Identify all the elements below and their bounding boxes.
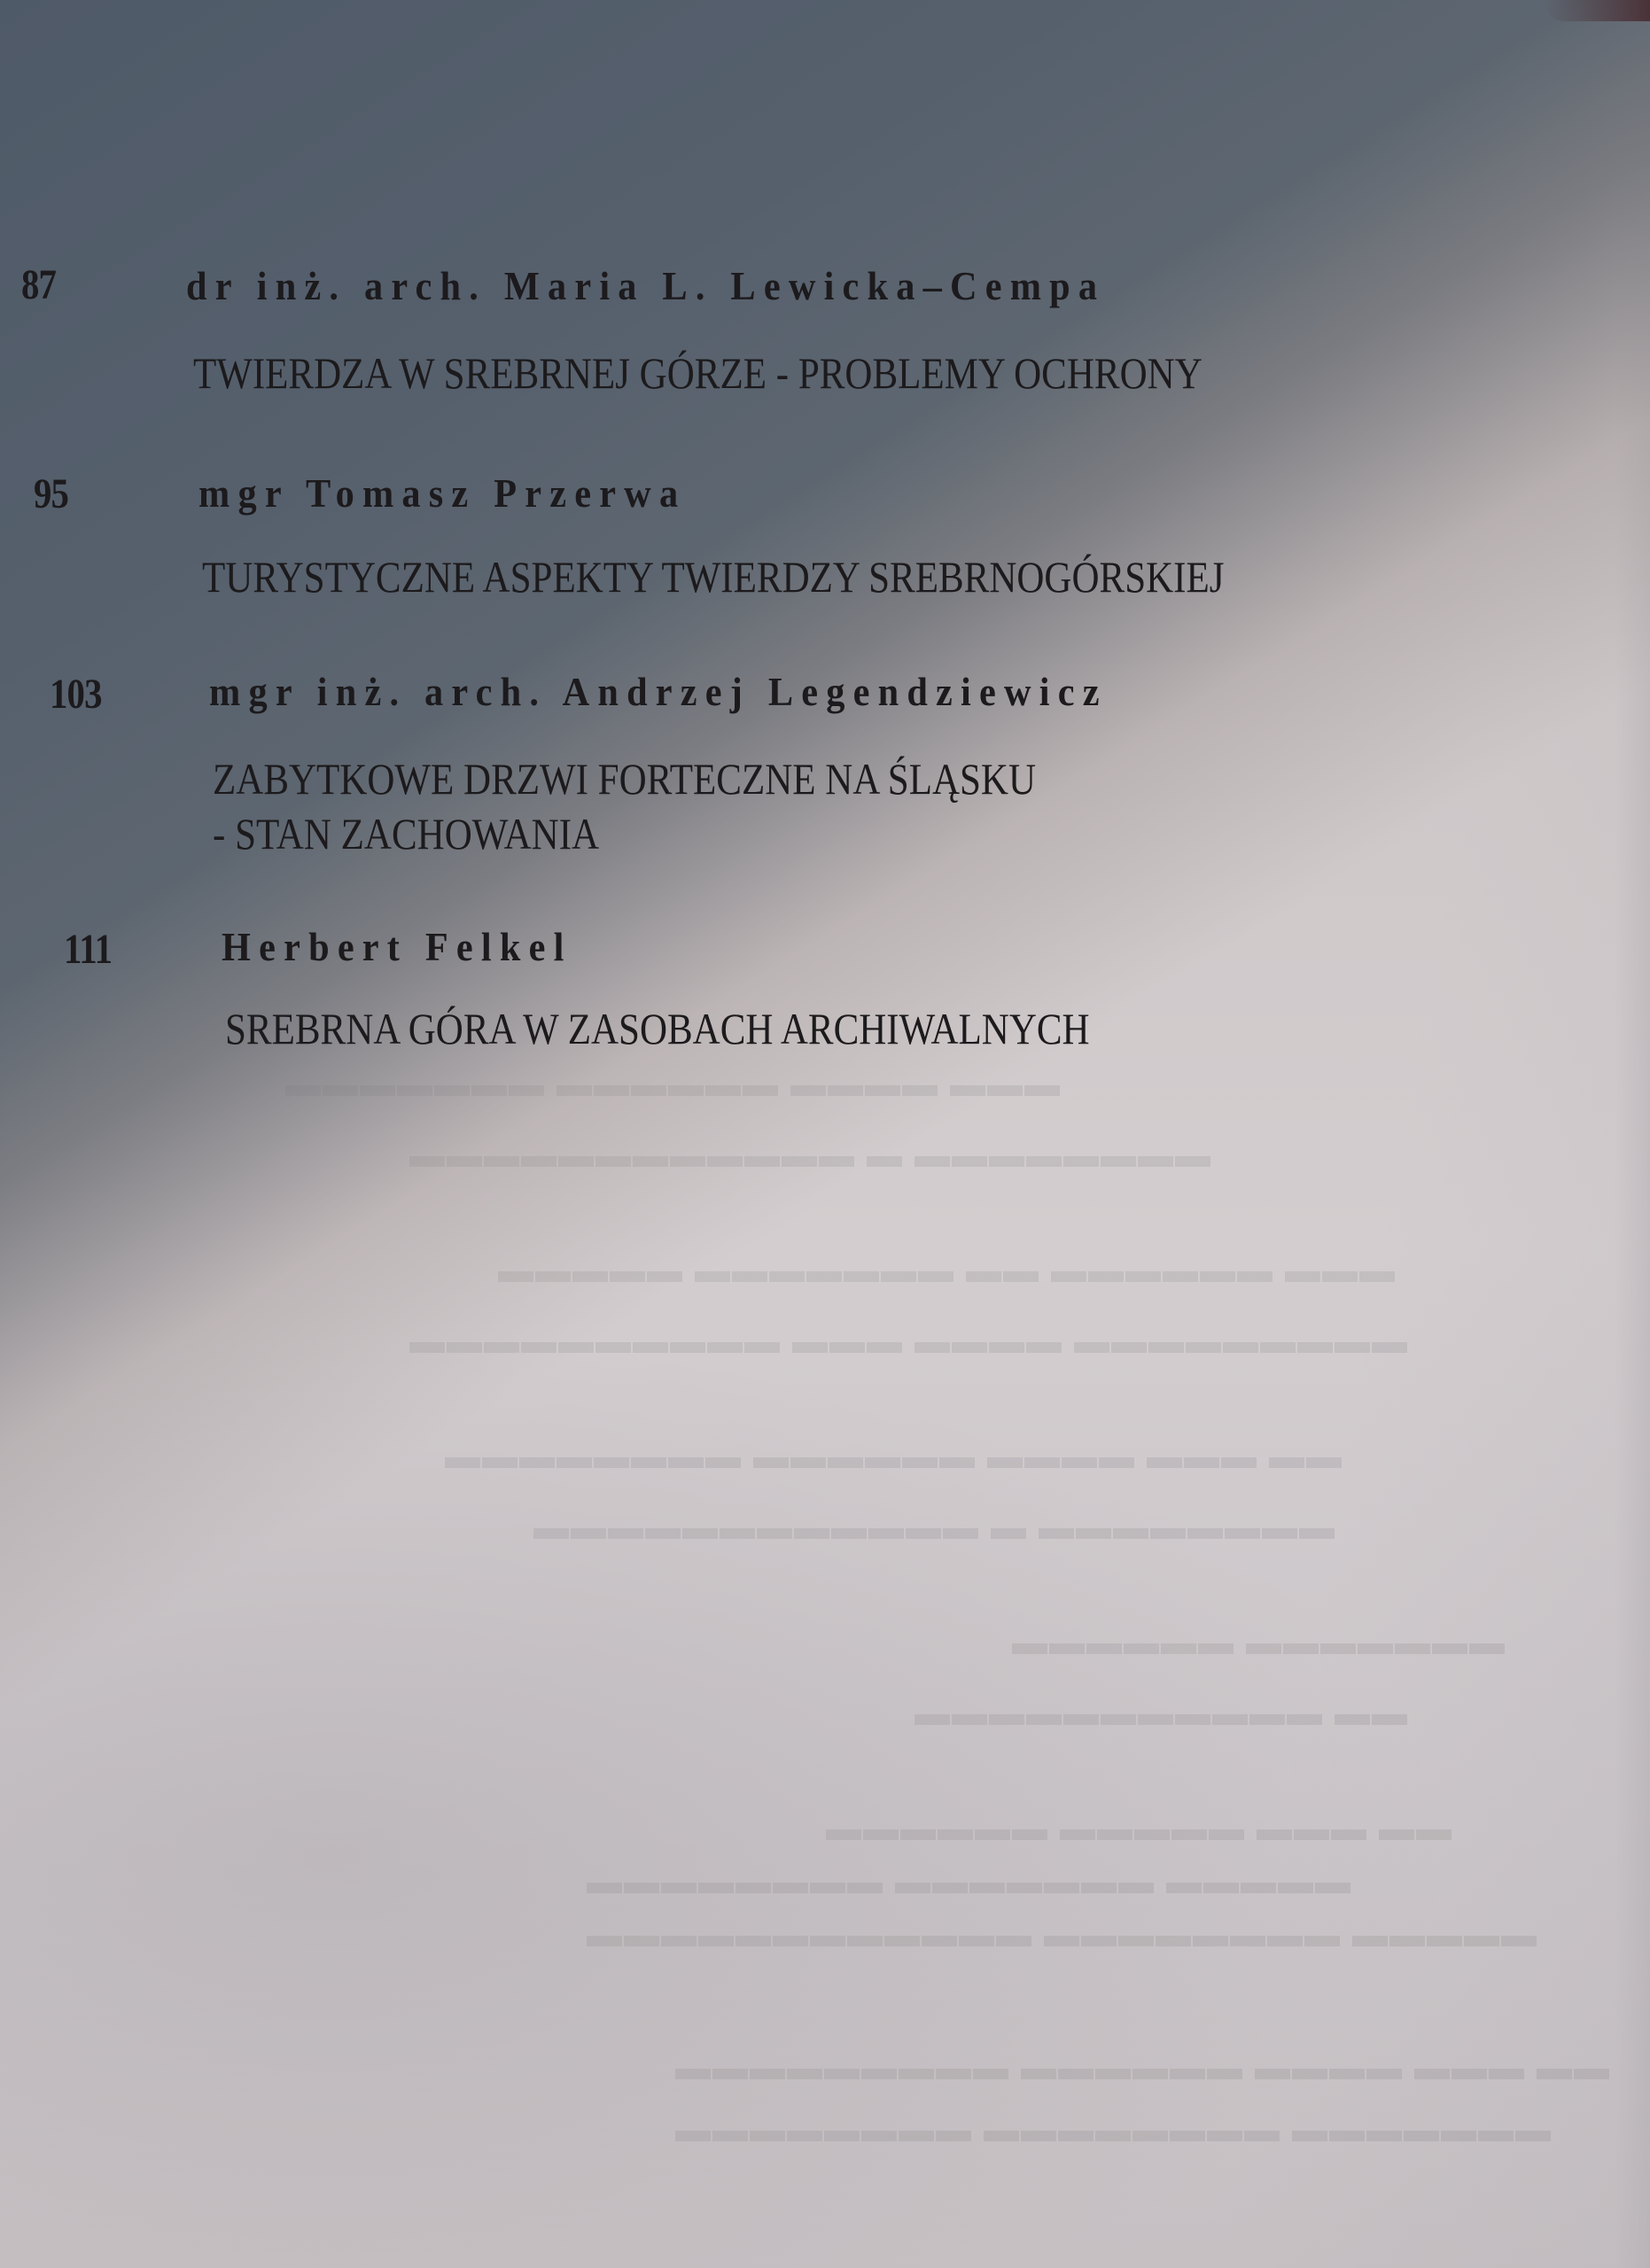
- entry-title-continuation: - STAN ZACHOWANIA: [213, 808, 599, 859]
- entry-author: mgr inż. arch. Andrzej Legendziewicz: [209, 668, 1108, 715]
- entry-author: mgr Tomasz Przerwa: [198, 470, 686, 517]
- page-number: 95: [34, 470, 68, 518]
- paper-page: [0, 0, 1650, 2268]
- page-corner: [1544, 0, 1650, 21]
- page-edge-shading: [1615, 0, 1650, 2268]
- entry-author: Herbert Felkel: [222, 923, 572, 970]
- entry-title: ZABYTKOWE DRZWI FORTECZNE NA ŚLĄSKU: [213, 753, 1036, 804]
- page-number: 87: [21, 260, 56, 309]
- entry-title: SREBRNA GÓRA W ZASOBACH ARCHIWALNYCH: [225, 1003, 1090, 1054]
- page-number: 111: [64, 925, 112, 974]
- entry-title: TWIERDZA W SREBRNEJ GÓRZE - PROBLEMY OCH…: [193, 347, 1202, 399]
- page-number: 103: [50, 670, 102, 718]
- entry-title: TURYSTYCZNE ASPEKTY TWIERDZY SREBRNOGÓRS…: [202, 551, 1225, 602]
- entry-author: dr inż. arch. Maria L. Lewicka–Cempa: [186, 262, 1105, 309]
